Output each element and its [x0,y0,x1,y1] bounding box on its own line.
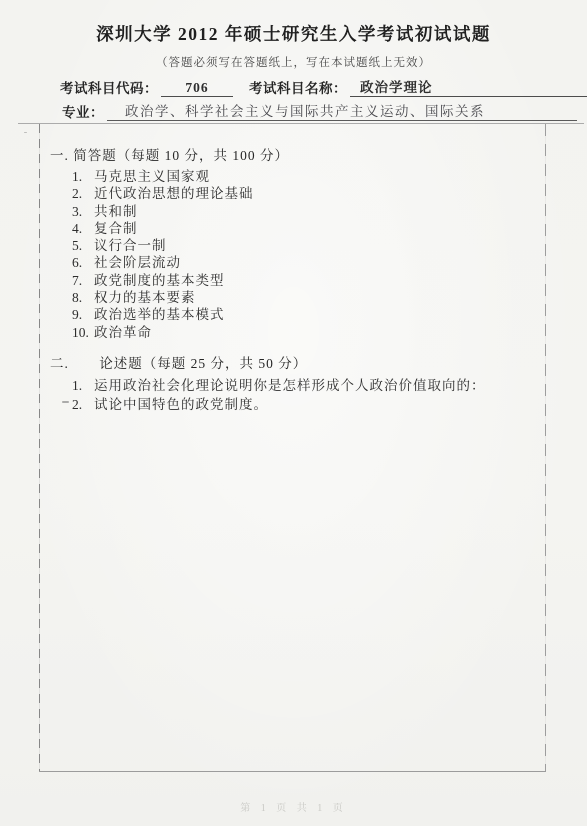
content-box-left-border [39,124,40,772]
question-item: 9.政治选举的基本模式 [72,306,289,323]
question-text: 政治革命 [94,325,152,340]
question-number: 4. [72,220,94,237]
question-number: 8. [72,289,94,306]
question-text: 社会阶层流动 [94,255,181,270]
question-item: 2.试论中国特色的政党制度。 [72,395,486,414]
question-number: 2. [72,185,94,202]
subject-row: 考试科目代码：706考试科目名称：政治学理论 [60,76,587,97]
question-number: 1. [72,168,94,185]
content-box-bottom-border [39,771,546,772]
question-item: 2.近代政治思想的理论基础 [72,185,289,202]
question-number: 3. [72,203,94,220]
question-item: 3.共和制 [72,203,289,220]
question-item: 6.社会阶层流动 [72,254,289,271]
question-text: 政党制度的基本类型 [94,273,225,288]
question-item: 5.议行合一制 [72,237,289,254]
major-row: 专业：政治学、科学社会主义与国际共产主义运动、国际关系 [62,100,577,121]
essay-question-list: 1.运用政治社会化理论说明你是怎样形成个人政治价值取向的： 2.试论中国特色的政… [50,376,486,414]
question-text: 议行合一制 [94,238,167,253]
answer-sheet-notice: （答题必须写在答题纸上，写在本试题纸上无效） [0,54,587,70]
page-number-footer: 第 1 页 共 1 页 [0,799,587,814]
exam-paper-page: 深圳大学 2012 年硕士研究生入学考试初试试题 （答题必须写在答题纸上，写在本… [0,0,587,826]
scan-speck [24,132,27,133]
section-short-answer-heading: 一. 简答题（每题 10 分，共 100 分） [50,144,289,164]
subject-name-label: 考试科目名称： [249,81,347,96]
question-number: 10. [72,324,94,341]
question-item: 8.权力的基本要素 [72,289,289,306]
question-number: 2. [72,395,94,414]
question-text: 复合制 [94,221,138,236]
question-text: 试论中国特色的政党制度。 [94,397,268,412]
question-text: 权力的基本要素 [94,290,196,305]
header-divider-line [18,123,584,124]
question-text: 近代政治思想的理论基础 [94,186,254,201]
section-essay-heading: 二. 论述题（每题 25 分，共 50 分） [50,352,486,372]
section-title: 论述题（每题 25 分，共 50 分） [99,356,307,371]
question-text: 马克思主义国家观 [94,169,210,184]
section-number: 二. [50,352,69,372]
question-item: 1.运用政治社会化理论说明你是怎样形成个人政治价值取向的： [72,376,486,395]
question-item: 10.政治革命 [72,324,289,341]
short-answer-question-list: 1.马克思主义国家观 2.近代政治思想的理论基础 3.共和制 4.复合制 5.议… [50,168,289,341]
content-box-right-border [545,124,546,772]
question-number: 7. [72,272,94,289]
question-number: 1. [72,376,94,395]
question-number: 9. [72,306,94,323]
major-label: 专业： [62,105,104,120]
question-number: 6. [72,254,94,271]
subject-code-value: 706 [161,80,233,97]
question-item: 1.马克思主义国家观 [72,168,289,185]
major-value: 政治学、科学社会主义与国际共产主义运动、国际关系 [107,100,577,121]
subject-name-value: 政治学理论 [350,76,587,97]
question-text: 共和制 [94,204,138,219]
section-number: 一. [50,144,69,164]
page-title: 深圳大学 2012 年硕士研究生入学考试初试试题 [0,21,587,46]
question-text: 运用政治社会化理论说明你是怎样形成个人政治价值取向的： [94,378,486,393]
subject-code-label: 考试科目代码： [60,81,158,96]
section-short-answer: 一. 简答题（每题 10 分，共 100 分） 1.马克思主义国家观 2.近代政… [50,144,289,341]
question-item: 4.复合制 [72,220,289,237]
question-text: 政治选举的基本模式 [94,307,225,322]
question-number: 5. [72,237,94,254]
section-essay: 二. 论述题（每题 25 分，共 50 分） 1.运用政治社会化理论说明你是怎样… [50,352,486,414]
question-item: 7.政党制度的基本类型 [72,272,289,289]
scan-speck [62,401,69,403]
section-title: 简答题（每题 10 分，共 100 分） [73,148,289,163]
